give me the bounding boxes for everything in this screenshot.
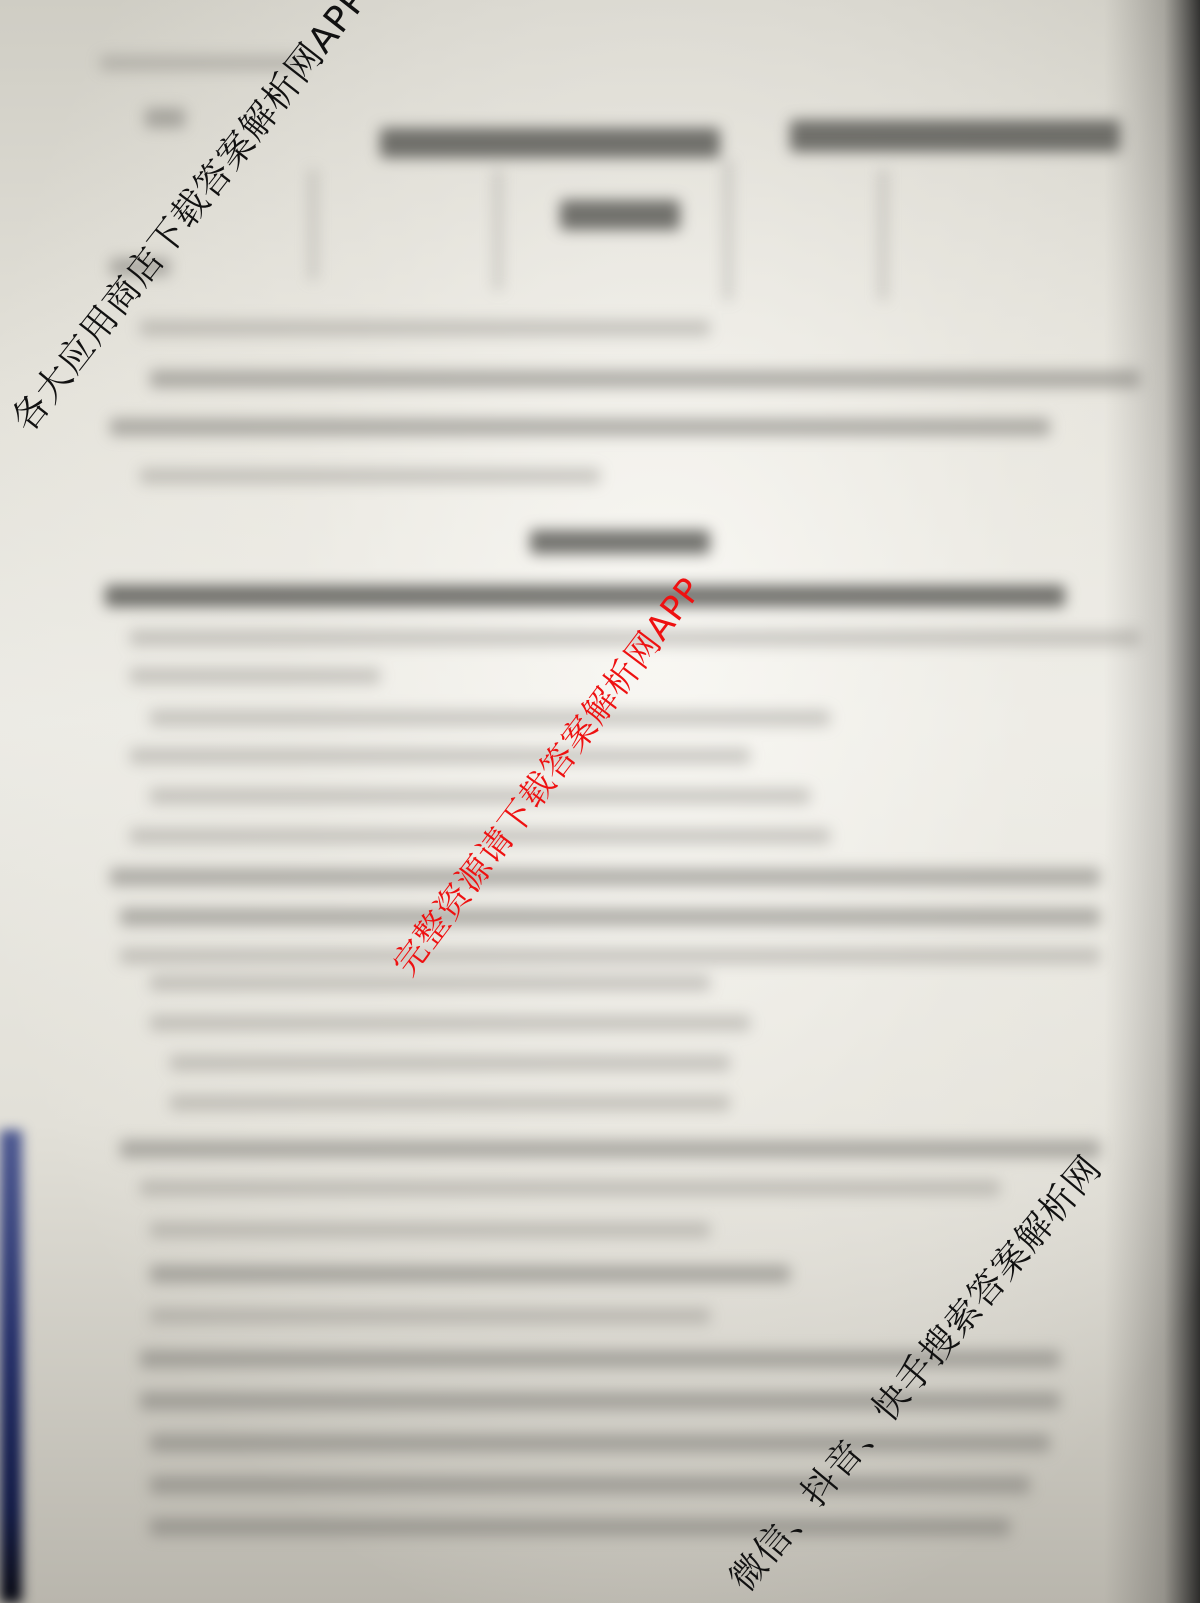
book-edge [0, 1130, 22, 1603]
body-line [150, 1308, 710, 1324]
body-line [140, 1180, 1000, 1196]
note-line [140, 320, 710, 336]
body-line [150, 975, 710, 991]
question-heading [105, 585, 1065, 607]
body-line [150, 1265, 790, 1283]
body-line [150, 1015, 750, 1031]
body-line [150, 1434, 1050, 1452]
box-rule [725, 160, 731, 300]
box-rule [495, 170, 501, 290]
body-line [170, 1055, 730, 1071]
exam-subject [560, 200, 680, 230]
body-line [150, 1476, 1030, 1494]
note-line [110, 418, 1050, 436]
body-line [120, 1140, 1100, 1158]
body-line [110, 868, 1100, 886]
body-line [120, 948, 1100, 964]
body-line [150, 710, 830, 726]
title-prefix [145, 108, 185, 128]
box-rule [880, 170, 886, 300]
exam-title-cont [790, 120, 1120, 152]
body-line [130, 668, 380, 684]
box-rule [310, 170, 316, 280]
body-line [130, 748, 750, 764]
note-line [140, 468, 600, 484]
section-heading [530, 530, 710, 554]
body-line [150, 1518, 1010, 1536]
body-line [120, 908, 1100, 926]
body-line [150, 788, 810, 804]
body-line [150, 1222, 710, 1238]
note-line [150, 370, 1140, 388]
body-line [170, 1095, 730, 1111]
exam-title [380, 128, 720, 158]
